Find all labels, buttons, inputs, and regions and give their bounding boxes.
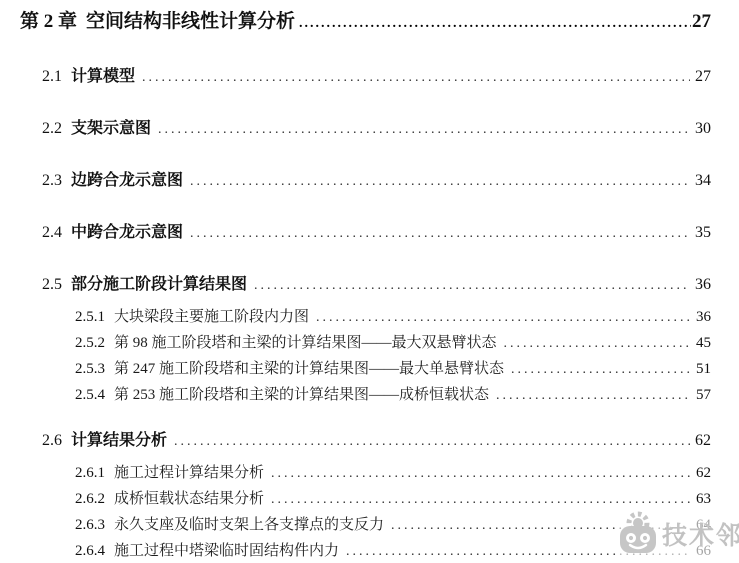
toc-entry-row: 2.6.2 成桥恒载状态结果分析 .......................…	[75, 490, 711, 509]
dot-leader: ........................................…	[496, 386, 691, 405]
dot-leader: ........................................…	[299, 12, 691, 36]
toc-entry-row: 2.1 计算模型 ...............................…	[42, 67, 711, 88]
entry-number: 2.6	[42, 431, 62, 451]
page-number: 62	[695, 431, 711, 451]
dot-leader: ........................................…	[142, 68, 690, 88]
toc-entry-row: 2.3 边跨合龙示意图 ............................…	[42, 171, 711, 192]
entry-title: 第 247 施工阶段塔和主梁的计算结果图——最大单悬臂状态	[114, 360, 504, 379]
entry-title: 计算模型	[71, 67, 135, 87]
entry-number: 2.2	[42, 119, 62, 139]
toc-chapter-row: 第 2 章 空间结构非线性计算分析 ......................…	[20, 10, 711, 36]
chapter-title: 空间结构非线性计算分析	[86, 10, 295, 34]
toc-entry-row: 2.5.1 大块梁段主要施工阶段内力图 ....................…	[75, 308, 711, 327]
entry-number: 2.5.2	[75, 334, 105, 353]
entry-number: 2.6.3	[75, 516, 105, 535]
toc-entry-row: 2.2 支架示意图 ..............................…	[42, 119, 711, 140]
entry-number: 2.6.4	[75, 542, 105, 561]
page-number: 30	[695, 119, 711, 139]
dot-leader: ........................................…	[504, 334, 691, 353]
dot-leader: ........................................…	[254, 276, 690, 296]
dot-leader: ........................................…	[316, 308, 691, 327]
dot-leader: ........................................…	[271, 490, 691, 509]
page-number: 36	[696, 308, 711, 327]
entry-number: 2.5.4	[75, 386, 105, 405]
dot-leader: ........................................…	[346, 542, 691, 561]
entry-title: 永久支座及临时支架上各支撑点的支反力	[114, 516, 384, 535]
entry-title: 大块梁段主要施工阶段内力图	[114, 308, 309, 327]
entry-title: 第 98 施工阶段塔和主梁的计算结果图——最大双悬臂状态	[114, 334, 497, 353]
page-number: 34	[695, 171, 711, 191]
entry-number: 2.4	[42, 223, 62, 243]
entry-title: 中跨合龙示意图	[71, 223, 183, 243]
toc-entry-row: 2.6 计算结果分析 .............................…	[42, 431, 711, 452]
page-number: 57	[696, 386, 711, 405]
entry-title: 施工过程中塔梁临时固结构件内力	[114, 542, 339, 561]
page-number: 66	[696, 542, 711, 561]
entry-title: 成桥恒载状态结果分析	[114, 490, 264, 509]
dot-leader: ........................................…	[271, 464, 691, 483]
entry-number: 2.5.1	[75, 308, 105, 327]
entry-number: 2.6.1	[75, 464, 105, 483]
toc-entry-row: 2.5.3 第 247 施工阶段塔和主梁的计算结果图——最大单悬臂状态 ....…	[75, 360, 711, 379]
entry-title: 施工过程计算结果分析	[114, 464, 264, 483]
entry-title: 计算结果分析	[71, 431, 167, 451]
dot-leader: ........................................…	[158, 120, 690, 140]
page-number: 27	[692, 10, 711, 34]
entry-number: 2.3	[42, 171, 62, 191]
dot-leader: ........................................…	[174, 432, 690, 452]
page-number: 64	[696, 516, 711, 535]
toc-entry-row: 2.6.1 施工过程计算结果分析 .......................…	[75, 464, 711, 483]
entry-number: 2.1	[42, 67, 62, 87]
entry-title: 边跨合龙示意图	[71, 171, 183, 191]
page-number: 63	[696, 490, 711, 509]
toc-entry-row: 2.4 中跨合龙示意图 ............................…	[42, 223, 711, 244]
toc-entry-row: 2.6.3 永久支座及临时支架上各支撑点的支反力 ...............…	[75, 516, 711, 535]
dot-leader: ........................................…	[190, 172, 690, 192]
page-number: 45	[696, 334, 711, 353]
page-number: 36	[695, 275, 711, 295]
toc-entry-row: 2.5.4 第 253 施工阶段塔和主梁的计算结果图——成桥恒载状态 .....…	[75, 386, 711, 405]
toc-entry-row: 2.6.4 施工过程中塔梁临时固结构件内力 ..................…	[75, 542, 711, 561]
toc-entry-row: 2.5.2 第 98 施工阶段塔和主梁的计算结果图——最大双悬臂状态 .....…	[75, 334, 711, 353]
entry-number: 2.5	[42, 275, 62, 295]
toc-entry-row: 2.5 部分施工阶段计算结果图 ........................…	[42, 275, 711, 296]
toc-entries: 2.1 计算模型 ...............................…	[20, 67, 711, 561]
entry-title: 第 253 施工阶段塔和主梁的计算结果图——成桥恒载状态	[114, 386, 489, 405]
entry-number: 2.6.2	[75, 490, 105, 509]
page-number: 27	[695, 67, 711, 87]
page-number: 51	[696, 360, 711, 379]
page-number: 35	[695, 223, 711, 243]
entry-number: 2.5.3	[75, 360, 105, 379]
dot-leader: ........................................…	[511, 360, 691, 379]
entry-title: 部分施工阶段计算结果图	[71, 275, 247, 295]
dot-leader: ........................................…	[190, 224, 690, 244]
page-number: 62	[696, 464, 711, 483]
chapter-number: 第 2 章	[20, 10, 77, 34]
dot-leader: ........................................…	[391, 516, 691, 535]
toc-page: 第 2 章 空间结构非线性计算分析 ......................…	[0, 0, 739, 563]
entry-title: 支架示意图	[71, 119, 151, 139]
